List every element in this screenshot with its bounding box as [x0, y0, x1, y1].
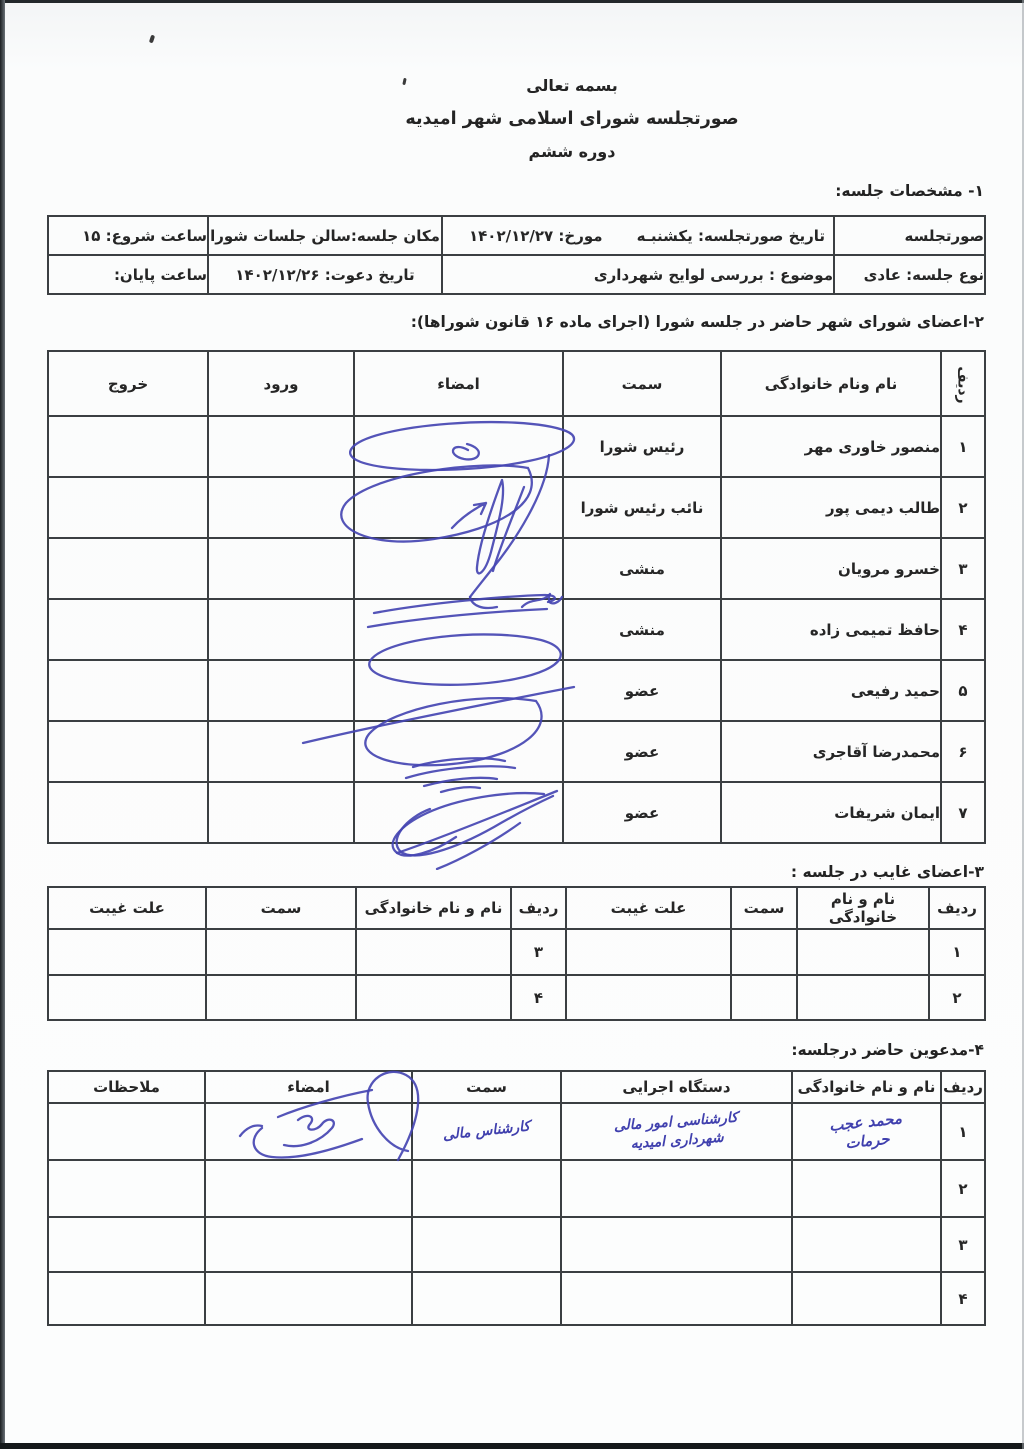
member-row: ۱ منصور خاوری مهر رئیس شورا: [48, 416, 985, 477]
minutes-label-cell: صورتجلسه: [834, 216, 985, 255]
member-signature-cell: [354, 538, 563, 599]
member-row: ۲ طالب دیمی پور نائب رئیس شورا: [48, 477, 985, 538]
absent-position-cell: [206, 975, 356, 1020]
member-position: عضو: [563, 721, 721, 782]
member-index: ۵: [941, 660, 985, 721]
member-index: ۴: [941, 599, 985, 660]
member-position: نائب رئیس شورا: [563, 477, 721, 538]
col-header-exit: خروج: [48, 351, 208, 416]
invitee-row: ۴: [48, 1272, 985, 1325]
member-name: حمید رفیعی: [721, 660, 941, 721]
member-entry-cell: [208, 721, 354, 782]
member-position: عضو: [563, 782, 721, 843]
meeting-type-cell: نوع جلسه: عادی: [834, 255, 985, 294]
member-name: منصور خاوری مهر: [721, 416, 941, 477]
invitee-agency-cell: [561, 1272, 792, 1325]
absent-position-cell: [206, 929, 356, 975]
end-time-cell: ساعت پایان:: [48, 255, 208, 294]
absent-index: ۲: [929, 975, 985, 1020]
member-entry-cell: [208, 782, 354, 843]
member-exit-cell: [48, 416, 208, 477]
invitees-table: ردیف نام و نام خانوادگی دستگاه اجرایی سم…: [47, 1070, 986, 1326]
scan-speck: [149, 35, 155, 44]
meeting-date-value: مورخ: ۱۴۰۲/۱۲/۲۷: [469, 227, 603, 245]
absent-name-cell: [356, 929, 511, 975]
invitee-row: ۱ محمد عجب حرمات کارشناسی امور مالی شهرد…: [48, 1103, 985, 1160]
col-header-name: نام و نام خانوادگی: [792, 1071, 941, 1103]
absent-row: ۱ ۳: [48, 929, 985, 975]
absent-name-cell: [356, 975, 511, 1020]
col-header-signature: امضاء: [205, 1071, 412, 1103]
invite-date-cell: تاریخ دعوت: ۱۴۰۲/۱۲/۲۶: [208, 255, 442, 294]
document-term: دوره ششم: [327, 142, 817, 161]
invitee-signature-cell: [205, 1217, 412, 1272]
invitee-notes-cell: [48, 1272, 205, 1325]
col-header-index: ردیف: [941, 1071, 985, 1103]
absent-reason-cell: [48, 975, 206, 1020]
invitee-notes-cell: [48, 1160, 205, 1217]
absent-reason-cell: [566, 929, 731, 975]
member-exit-cell: [48, 660, 208, 721]
member-index: ۳: [941, 538, 985, 599]
member-exit-cell: [48, 721, 208, 782]
meeting-date-cell: تاریخ صورتجلسه: یکشنبـه مورخ: ۱۴۰۲/۱۲/۲۷: [442, 216, 834, 255]
member-position: منشی: [563, 599, 721, 660]
document-title: صورتجلسه شورای اسلامی شهر امیدیه: [327, 109, 817, 129]
member-name: خسرو مرویان: [721, 538, 941, 599]
col-header-position: سمت: [206, 887, 356, 929]
member-signature-cell: [354, 721, 563, 782]
meeting-location-cell: مکان جلسه:سالن جلسات شورا: [208, 216, 442, 255]
col-header-position: سمت: [731, 887, 797, 929]
invitee-signature-cell: [205, 1272, 412, 1325]
col-header-name: نام ونام خانوادگی: [721, 351, 941, 416]
scanned-document-page: بسمه تعالی صورتجلسه شورای اسلامی شهر امی…: [0, 0, 1024, 1449]
member-entry-cell: [208, 416, 354, 477]
col-header-index: ردیف: [929, 887, 985, 929]
member-signature-cell: [354, 477, 563, 538]
start-time-cell: ساعت شروع: ۱۵: [48, 216, 208, 255]
col-header-entry: ورود: [208, 351, 354, 416]
invitee-position-handwriting: کارشناس مالی: [412, 1114, 560, 1148]
invitee-position-cell: کارشناس مالی: [412, 1103, 561, 1160]
member-index: ۶: [941, 721, 985, 782]
invitee-index: ۲: [941, 1160, 985, 1217]
member-entry-cell: [208, 660, 354, 721]
col-header-signature: امضاء: [354, 351, 563, 416]
invitee-position-cell: [412, 1217, 561, 1272]
invitee-index: ۱: [941, 1103, 985, 1160]
meeting-date-label: تاریخ صورتجلسه: یکشنبـه: [637, 227, 825, 245]
member-row: ۷ ایمان شریفات عضو: [48, 782, 985, 843]
member-exit-cell: [48, 782, 208, 843]
col-header-absence-reason: علت غیبت: [48, 887, 206, 929]
invitee-index: ۴: [941, 1272, 985, 1325]
col-header-name: نام و نام خانوادگی: [797, 887, 929, 929]
member-row: ۵ حمید رفیعی عضو: [48, 660, 985, 721]
invitee-row: ۲: [48, 1160, 985, 1217]
scan-edge-top: [0, 0, 1024, 3]
member-position: منشی: [563, 538, 721, 599]
member-signature-cell: [354, 416, 563, 477]
member-exit-cell: [48, 599, 208, 660]
col-header-agency: دستگاه اجرایی: [561, 1071, 792, 1103]
invitee-position-cell: [412, 1160, 561, 1217]
absent-index: ۳: [511, 929, 566, 975]
section1-heading: ۱- مشخصات جلسه:: [835, 182, 984, 200]
section2-heading: ۲-اعضای شورای شهر حاضر در جلسه شورا (اجر…: [411, 313, 984, 331]
invitee-name-cell: [792, 1160, 941, 1217]
invitee-row: ۳: [48, 1217, 985, 1272]
invitee-agency-cell: [561, 1217, 792, 1272]
invitee-signature-cell: [205, 1103, 412, 1160]
invitee-notes-cell: [48, 1103, 205, 1160]
invitee-signature-cell: [205, 1160, 412, 1217]
invitee-name-cell: [792, 1272, 941, 1325]
invitee-agency-cell: کارشناسی امور مالی شهرداری امیدیه: [561, 1103, 792, 1160]
member-position: رئیس شورا: [563, 416, 721, 477]
member-name: محمدرضا آقاجری: [721, 721, 941, 782]
absent-position-cell: [731, 929, 797, 975]
member-entry-cell: [208, 477, 354, 538]
col-header-name: نام و نام خانوادگی: [356, 887, 511, 929]
invitee-agency-cell: [561, 1160, 792, 1217]
scan-edge-bottom: [0, 1443, 1024, 1449]
invitee-name-cell: [792, 1217, 941, 1272]
absent-index: ۴: [511, 975, 566, 1020]
member-name: حافظ تمیمی زاده: [721, 599, 941, 660]
invitee-name-cell: محمد عجب حرمات: [792, 1103, 941, 1160]
member-exit-cell: [48, 477, 208, 538]
member-signature-cell: [354, 599, 563, 660]
member-position: عضو: [563, 660, 721, 721]
col-header-absence-reason: علت غیبت: [566, 887, 731, 929]
absent-reason-cell: [566, 975, 731, 1020]
member-name: طالب دیمی پور: [721, 477, 941, 538]
absent-name-cell: [797, 975, 929, 1020]
scan-edge-left: [0, 0, 5, 1449]
section4-heading: ۴-مدعوین حاضر درجلسه:: [791, 1041, 984, 1059]
absent-index: ۱: [929, 929, 985, 975]
present-members-table: ردیف نام ونام خانوادگی سمت امضاء ورود خر…: [47, 350, 986, 844]
invitee-position-cell: [412, 1272, 561, 1325]
member-name: ایمان شریفات: [721, 782, 941, 843]
col-header-position: سمت: [412, 1071, 561, 1103]
absent-members-table: ردیف نام و نام خانوادگی سمت علت غیبت ردی…: [47, 886, 986, 1021]
section3-heading: ۳-اعضای غایب در جلسه :: [791, 863, 984, 881]
absent-reason-cell: [48, 929, 206, 975]
col-header-notes: ملاحظات: [48, 1071, 205, 1103]
member-signature-cell: [354, 660, 563, 721]
absent-row: ۲ ۴: [48, 975, 985, 1020]
member-index: ۲: [941, 477, 985, 538]
member-exit-cell: [48, 538, 208, 599]
meeting-info-table: صورتجلسه تاریخ صورتجلسه: یکشنبـه مورخ: ۱…: [47, 215, 986, 295]
member-entry-cell: [208, 599, 354, 660]
member-index: ۱: [941, 416, 985, 477]
invitee-notes-cell: [48, 1217, 205, 1272]
member-row: ۳ خسرو مرویان منشی: [48, 538, 985, 599]
meeting-subject-cell: موضوع : بررسی لوایح شهرداری: [442, 255, 834, 294]
absent-position-cell: [731, 975, 797, 1020]
col-header-index: ردیف: [511, 887, 566, 929]
invitee-index: ۳: [941, 1217, 985, 1272]
member-signature-cell: [354, 782, 563, 843]
member-row: ۶ محمدرضا آقاجری عضو: [48, 721, 985, 782]
col-header-position: سمت: [563, 351, 721, 416]
bismillah-text: بسمه تعالی: [327, 76, 817, 95]
member-row: ۴ حافظ تمیمی زاده منشی: [48, 599, 985, 660]
member-entry-cell: [208, 538, 354, 599]
member-index: ۷: [941, 782, 985, 843]
col-header-index: ردیف: [941, 351, 985, 416]
absent-name-cell: [797, 929, 929, 975]
